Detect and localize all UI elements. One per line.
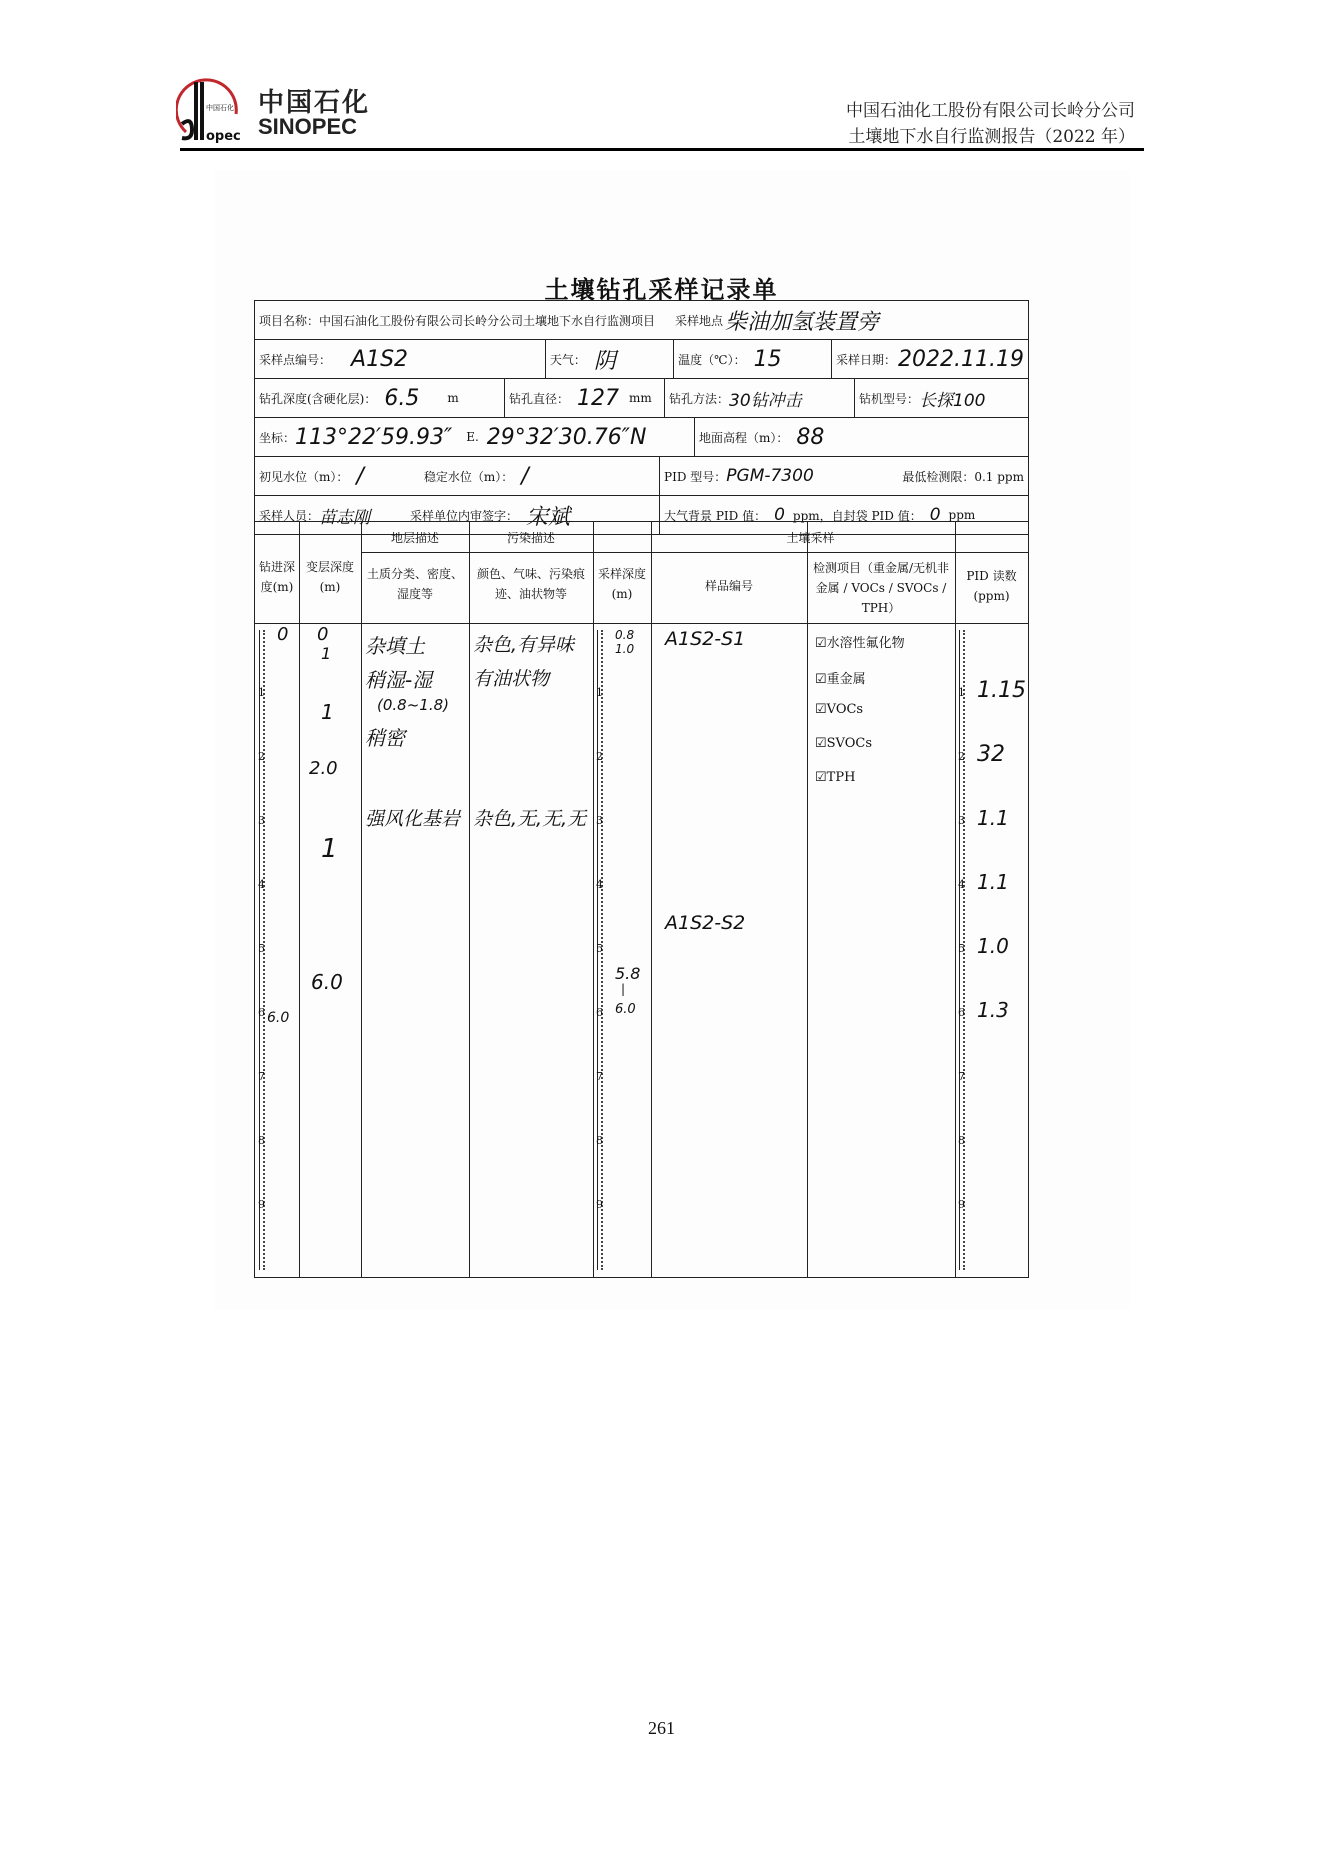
elev-label: 地面高程（m）： (699, 429, 788, 446)
strata-desc: 稍密 (365, 722, 405, 751)
pid-model-value: PGM-7300 (726, 466, 814, 486)
depth-unit: m (447, 391, 458, 405)
pid-reading: 1.1 (977, 806, 1009, 830)
site-label: 采样地点 (675, 312, 723, 329)
svg-text:opec: opec (206, 129, 241, 144)
diameter-value: 127 (577, 386, 619, 411)
depth-value: 6.5 (384, 386, 419, 411)
sinopec-logo-icon: opec 中国石化 (176, 74, 246, 150)
coord-label: 坐标： (259, 429, 295, 446)
stable-water-label: 稳定水位（m）： (424, 468, 513, 485)
layer-depth-item: 1 (321, 834, 338, 864)
diameter-label: 钻孔直径： (509, 390, 569, 407)
header-layer-depth: 变层深度(m) (299, 557, 361, 597)
row-drill: 钻孔深度(含硬化层)：6.5m 钻孔直径：127mm 钻孔方法：30钻冲击 钻机… (255, 379, 1028, 418)
header-report-title: 土壤地下水自行监测报告（2022 年） (848, 122, 1135, 147)
header-pollution: 污染描述 (469, 528, 593, 548)
check-heavy-metals: ☑重金属 (815, 668, 866, 687)
header-strata: 地层描述 (361, 528, 469, 548)
pid-reading: 1.1 (977, 870, 1009, 894)
header-sample-id: 样品编号 (651, 576, 807, 596)
header-sample-depth: 采样深度(m) (595, 564, 649, 604)
header-pollution-sub: 颜色、气味、污染痕迹、油状物等 (473, 564, 589, 604)
row-project: 项目名称：中国石油化工股份有限公司长岭分公司土壤地下水自行监测项目 采样地点 柴… (255, 301, 1028, 340)
point-label: 采样点编号： (259, 351, 331, 368)
diameter-unit: mm (629, 391, 652, 405)
method-value: 30钻冲击 (729, 386, 802, 411)
header-rule (180, 148, 1144, 151)
rig-value: 长探100 (919, 386, 985, 411)
sample-depth: | (621, 982, 625, 996)
depth-label: 钻孔深度(含硬化层)： (259, 390, 376, 407)
stable-water-value: / (521, 464, 528, 489)
bag-pid-unit: ppm (949, 508, 976, 522)
sample-id: A1S2-S2 (665, 912, 745, 934)
header-drill-depth: 钻进深度(m) (255, 557, 299, 597)
header-soil-sampling: 土壤采样 (593, 528, 1028, 548)
pid-model-label: PID 型号： (664, 468, 726, 485)
drill-depth-end: 6.0 (267, 1010, 289, 1026)
check-tph: ☑TPH (815, 770, 855, 785)
pid-reading: 1.0 (977, 934, 1009, 958)
header-test-items: 检测项目（重金属/无机非金属 / VOCs / SVOCs / TPH） (811, 558, 951, 618)
layer-depth-item: 6.0 (311, 970, 343, 994)
strata-desc: 强风化基岩 (365, 804, 460, 831)
strata-desc: (0.8~1.8) (377, 696, 449, 714)
strata-desc: 稍湿-湿 (365, 664, 432, 693)
date-value: 2022.11.19 (898, 347, 1024, 372)
depth-ruler-sample: 1 2 3 4 5 6 7 8 9 (597, 630, 604, 1270)
strata-desc: 杂填土 (365, 630, 425, 659)
layer-depth-item: 1 (321, 700, 334, 724)
depth-ruler-drill: 1 2 3 4 5 6 7 8 9 (259, 630, 266, 1270)
initial-water-value: / (356, 464, 363, 489)
check-vocs: ☑VOCs (815, 702, 863, 717)
temp-label: 温度（℃）： (678, 351, 745, 368)
point-value: A1S2 (351, 347, 408, 372)
layer-depth-item: 2.0 (309, 758, 338, 779)
logo-english-text: SINOPEC (258, 114, 357, 140)
coord-e-value: 113°22′59.93″ (295, 425, 452, 450)
sample-depth: 0.8 (615, 628, 634, 642)
row-point: 采样点编号：A1S2 天气：阴 温度（℃）：15 采样日期：2022.11.19 (255, 340, 1028, 379)
header-company: 中国石油化工股份有限公司长岭分公司 (846, 96, 1135, 121)
pid-reading: 1.3 (977, 998, 1009, 1022)
sample-depth: 6.0 (615, 1002, 636, 1017)
header-strata-sub: 土质分类、密度、湿度等 (365, 564, 465, 604)
page-number: 261 (0, 1718, 1323, 1739)
header-pid-reading: PID 读数(ppm) (955, 566, 1028, 606)
sample-id: A1S2-S1 (665, 628, 745, 650)
temp-value: 15 (754, 347, 782, 372)
svg-text:中国石化: 中国石化 (206, 103, 234, 112)
pollution-desc: 杂色,有异味 (473, 630, 574, 657)
row-coords: 坐标：113°22′59.93″E.29°32′30.76″N 地面高程（m）：… (255, 418, 1028, 457)
elev-value: 88 (796, 425, 824, 450)
weather-value: 阴 (594, 344, 616, 375)
check-svocs: ☑SVOCs (815, 736, 872, 751)
pid-reading: 32 (977, 742, 1005, 767)
weather-label: 天气： (550, 351, 586, 368)
initial-water-label: 初见水位（m）： (259, 468, 348, 485)
sampling-table: 钻进深度(m) 变层深度(m) 地层描述 土质分类、密度、湿度等 污染描述 颜色… (254, 521, 1029, 1278)
form-info: 项目名称：中国石油化工股份有限公司长岭分公司土壤地下水自行监测项目 采样地点 柴… (254, 300, 1029, 535)
project-label: 项目名称：中国石油化工股份有限公司长岭分公司土壤地下水自行监测项目 (259, 312, 655, 329)
check-fluoride: ☑水溶性氟化物 (815, 632, 905, 651)
pollution-desc: 杂色,无,无,无 (473, 804, 586, 831)
drill-depth-0: 0 (277, 624, 288, 645)
method-label: 钻孔方法： (669, 390, 729, 407)
depth-ruler-pid: 1 2 3 4 5 6 7 8 9 (959, 630, 966, 1270)
sample-depth: 5.8 (615, 964, 640, 983)
rig-label: 钻机型号： (859, 390, 919, 407)
layer-depth-item: 0 (317, 624, 328, 645)
row-water: 初见水位（m）：/稳定水位（m）：/ PID 型号：PGM-7300最低检测限：… (255, 457, 1028, 496)
pid-reading: 1.15 (977, 678, 1026, 703)
layer-depth-item: 1 (321, 644, 331, 663)
detect-limit: 最低检测限：0.1 ppm (902, 468, 1024, 485)
site-value: 柴油加氢装置旁 (725, 305, 879, 336)
pollution-desc: 有油状物 (473, 664, 549, 691)
coord-n-value: 29°32′30.76″N (487, 425, 647, 450)
sample-depth: 1.0 (615, 642, 634, 656)
coord-e-suffix: E. (466, 430, 479, 444)
date-label: 采样日期： (836, 351, 896, 368)
